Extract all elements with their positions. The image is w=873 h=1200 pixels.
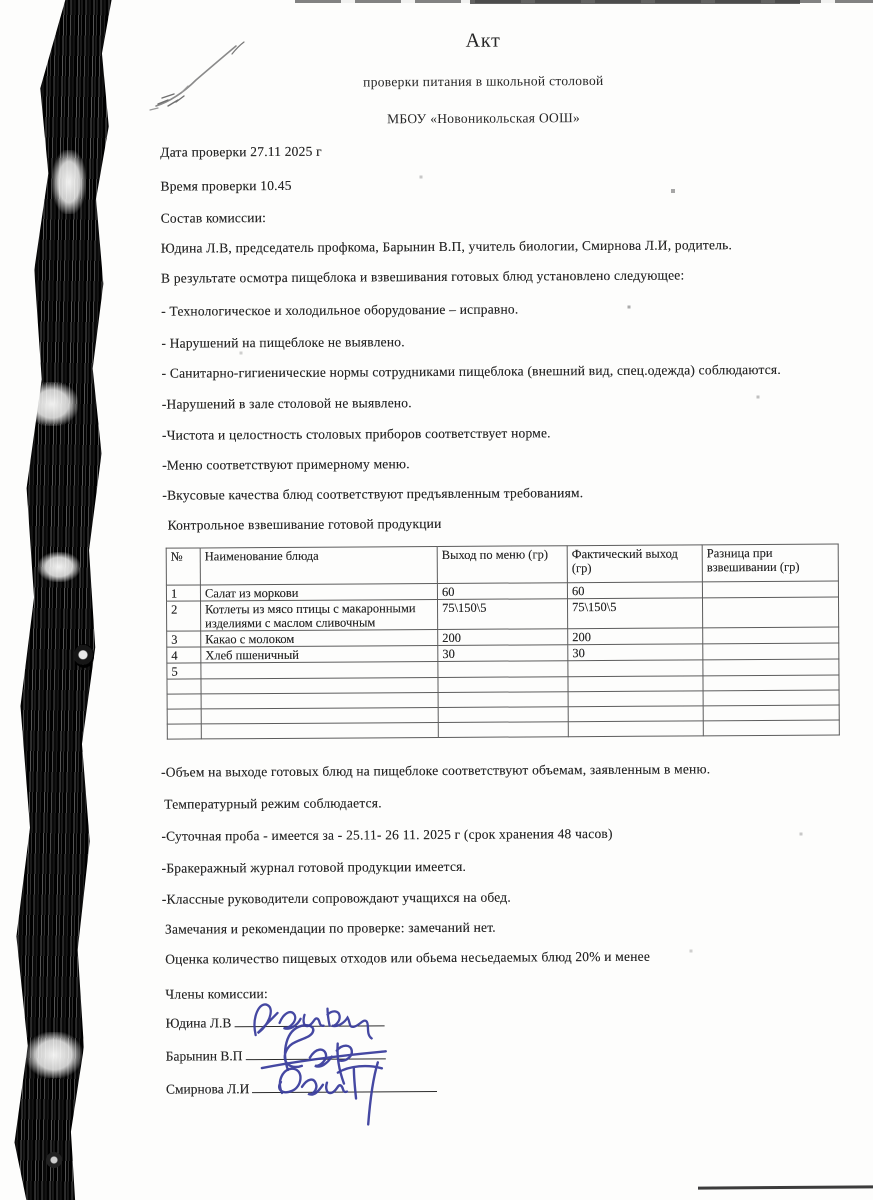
finding-item: -Вкусовые качества блюд соответствуют пр… [162, 485, 583, 504]
school-name: МБОУ «Новоникольская ООШ» [97, 108, 870, 129]
table-row [167, 720, 839, 739]
signature-row: Юдина Л.В [166, 1012, 385, 1031]
remarks-line: Замечания и рекомендации по проверке: за… [165, 920, 496, 938]
cell-num: 3 [167, 631, 201, 647]
date-line: Дата проверки 27.11 2025 г [160, 144, 322, 161]
cell-actual-weight [568, 691, 703, 707]
cell-difference [703, 675, 839, 691]
cell-dish: Хлеб пшеничный [201, 645, 438, 662]
signature-row: Барынин В.П [166, 1045, 386, 1064]
finding-item: - Санитарно-гигиенические нормы сотрудни… [162, 362, 781, 382]
cell-dish [201, 661, 438, 678]
scanned-document-page: Акт проверки питания в школьной столовой… [0, 0, 873, 1200]
signature-row: Смирнова Л.И [166, 1078, 437, 1098]
cell-difference [702, 581, 838, 598]
cell-menu-weight [438, 677, 568, 693]
cell-num: 2 [167, 601, 201, 631]
cell-actual-weight: 30 [568, 644, 703, 661]
cell-dish [201, 677, 438, 693]
cell-actual-weight [568, 706, 703, 722]
finding-item: - Технологическое и холодильное оборудов… [161, 301, 518, 319]
signature-line [252, 1078, 437, 1093]
cell-difference [703, 627, 839, 644]
cell-difference [703, 705, 839, 721]
cell-dish: Какао с молоком [201, 629, 438, 646]
cell-num [167, 679, 201, 694]
cell-actual-weight: 60 [567, 582, 702, 599]
result-intro: В результате осмотра пищеблока и взвешив… [161, 267, 684, 286]
table-header-row: № Наименование блюда Выход по меню (гр) … [166, 544, 838, 585]
cell-dish: Салат из моркови [200, 583, 437, 600]
page-title: Акт [97, 27, 870, 55]
cell-difference [703, 720, 839, 736]
cell-num [167, 724, 201, 739]
conclusion-item: -Классные руководители сопровождают учащ… [162, 890, 511, 908]
cell-num [167, 709, 201, 724]
cell-dish [201, 692, 438, 708]
cell-menu-weight [438, 661, 568, 678]
weighing-table: № Наименование блюда Выход по меню (гр) … [166, 544, 840, 740]
cell-num: 5 [167, 663, 201, 679]
cell-num [167, 694, 201, 709]
cell-actual-weight: 75\150\5 [567, 598, 702, 629]
cell-difference [703, 659, 839, 676]
finding-item: -Меню соответствуют примерному меню. [162, 456, 410, 474]
cell-num: 4 [167, 647, 201, 663]
conclusion-item: -Объем на выходе готовых блюд на пищебло… [161, 761, 710, 780]
signature-line [245, 1045, 385, 1060]
cell-menu-weight: 75\150\5 [437, 599, 567, 630]
cell-dish [201, 707, 438, 723]
conclusion-item: -Бракеражный журнал готовой продукции им… [162, 859, 467, 877]
cell-menu-weight [438, 692, 568, 708]
col-header-dish: Наименование блюда [200, 546, 437, 584]
document-body: Акт проверки питания в школьной столовой… [0, 0, 873, 1200]
time-line: Время проверки 10.45 [160, 178, 291, 195]
waste-estimate-line: Оценка количество пищевых отходов или об… [165, 949, 650, 968]
signer-name: Юдина Л.В [166, 1015, 232, 1030]
cell-difference [703, 643, 839, 660]
commission-members: Юдина Л.В, председатель профкома, Барыни… [161, 237, 732, 256]
cell-menu-weight: 200 [438, 629, 568, 646]
signers-label: Члены комиссии: [165, 986, 268, 1003]
table-row: 2 Котлеты из мясо птицы с макаронными из… [167, 597, 839, 631]
finding-item: - Нарушений на пищеблоке не выявлено. [161, 334, 404, 351]
commission-label: Состав комиссии: [161, 210, 267, 227]
cell-actual-weight [568, 660, 703, 677]
cell-actual-weight [568, 676, 703, 692]
cell-menu-weight: 30 [438, 645, 568, 662]
col-header-difference: Разница при взвешивании (гр) [702, 544, 838, 582]
cell-difference [702, 597, 838, 628]
cell-menu-weight: 60 [437, 583, 567, 600]
cell-actual-weight [568, 721, 703, 737]
weighing-heading: Контрольное взвешивание готовой продукци… [167, 516, 441, 534]
conclusion-item: -Суточная проба - имеется за - 25.11- 26… [161, 826, 612, 845]
conclusion-item: Температурный режим соблюдается. [164, 795, 382, 812]
cell-dish [201, 722, 438, 738]
finding-item: -Чистота и целостность столовых приборов… [162, 425, 551, 443]
cell-difference [703, 690, 839, 706]
cell-menu-weight [438, 707, 568, 723]
cell-num: 1 [166, 585, 200, 601]
signer-name: Смирнова Л.И [166, 1081, 249, 1097]
signature-line [234, 1012, 384, 1027]
col-header-actual-weight: Фактический выход (гр) [567, 545, 702, 583]
cell-actual-weight: 200 [568, 628, 703, 645]
finding-item: -Нарушений в зале столовой не выявлено. [162, 395, 412, 413]
cell-menu-weight [438, 722, 568, 738]
signer-name: Барынин В.П [166, 1048, 243, 1063]
col-header-menu-weight: Выход по меню (гр) [437, 546, 567, 584]
page-subtitle: проверки питания в школьной столовой [97, 71, 870, 92]
col-header-num: № [166, 548, 200, 585]
cell-dish: Котлеты из мясо птицы с макаронными изде… [201, 599, 438, 630]
